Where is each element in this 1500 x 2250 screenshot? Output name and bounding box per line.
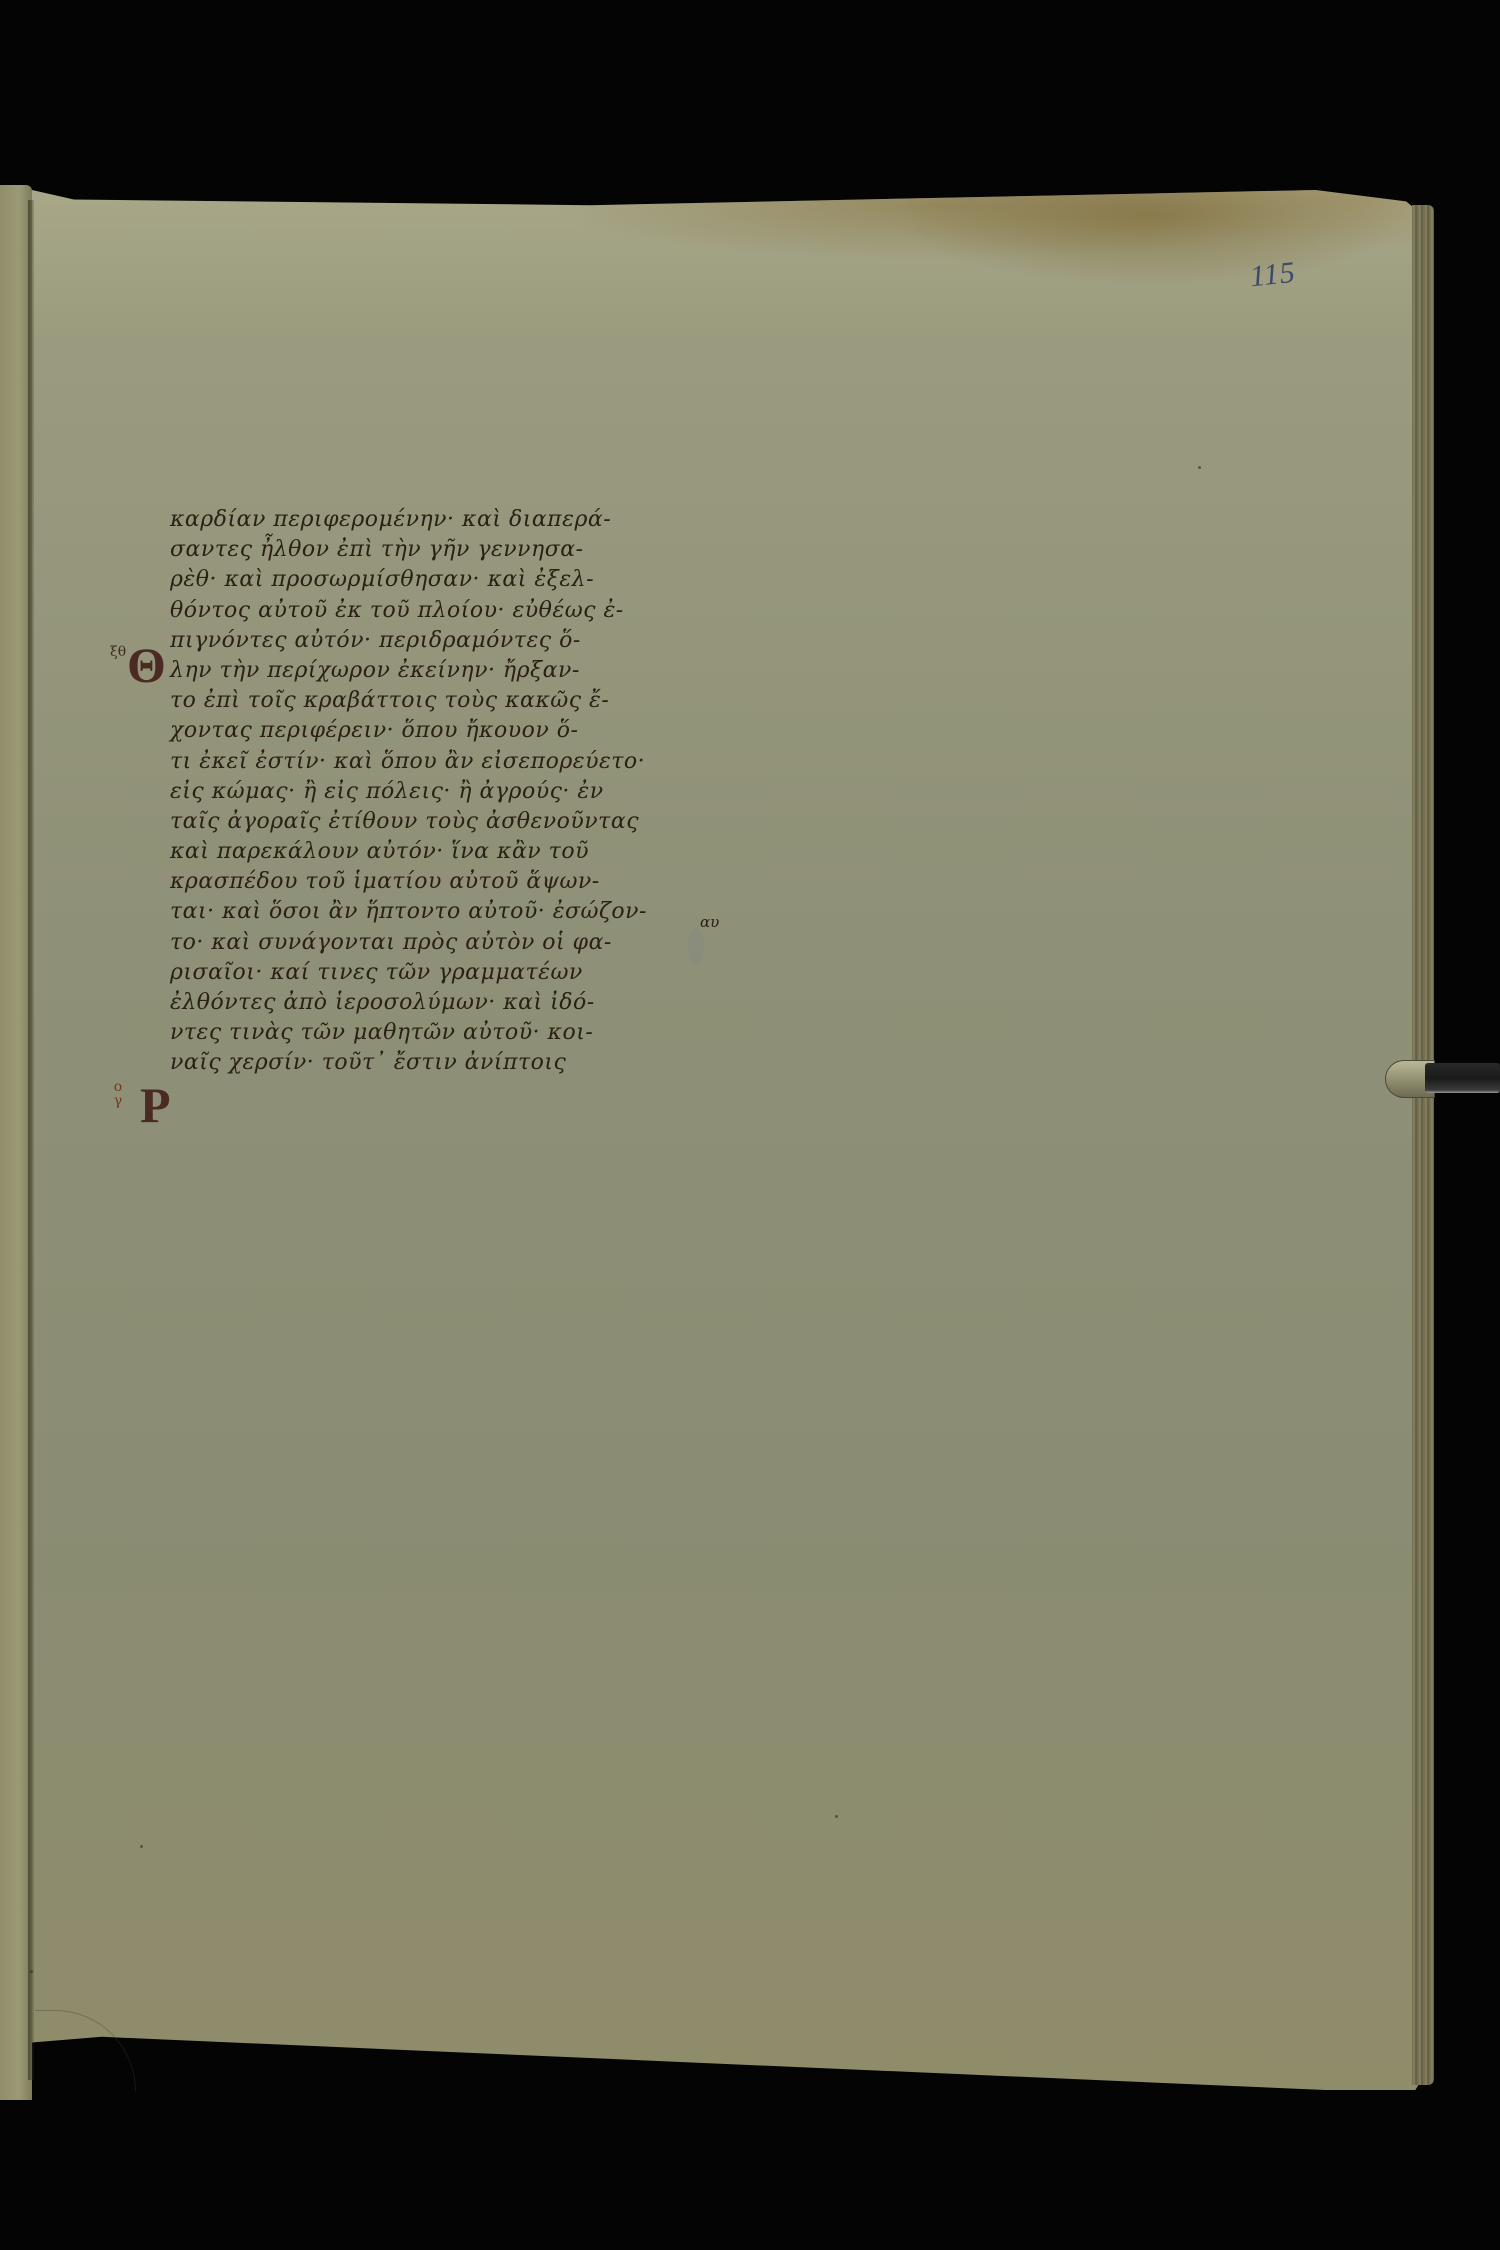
clip-metal-arm <box>1425 1063 1500 1093</box>
text-line: πιγνόντες αὐτόν· περιδραμόντες ὅ- <box>170 626 730 656</box>
text-line: σαντες ἦλθον ἐπὶ τὴν γῆν γεννησα- <box>170 535 730 565</box>
text-line: το· καὶ συνάγονται πρὸς αὐτὸν οἱ φα- <box>170 928 730 958</box>
page-edge-stack <box>1412 205 1434 2085</box>
binding-gutter <box>28 200 34 2080</box>
text-line: ται· καὶ ὅσοι ἂν ἥπτοντο αὐτοῦ· ἐσώζον- <box>170 897 730 927</box>
manuscript-folio <box>32 190 1427 2090</box>
decorated-initial-theta: Θ <box>127 636 166 694</box>
text-line: καὶ παρεκάλουν αὐτόν· ἵνα κἂν τοῦ <box>170 837 730 867</box>
text-line: το ἐπὶ τοῖς κραβάττοις τοὺς κακῶς ἔ- <box>170 686 730 716</box>
foxing-spot <box>835 1815 838 1818</box>
text-line: ρὲθ· καὶ προσωρμίσθησαν· καὶ ἐξελ- <box>170 565 730 595</box>
text-line: καρδίαν περιφερομένην· καὶ διαπερά- <box>170 505 730 535</box>
foxing-spot <box>30 1970 33 1973</box>
foxing-spot <box>1198 466 1201 469</box>
foxing-spot <box>140 1845 143 1848</box>
marginal-numeral-top: ο <box>112 1080 124 1094</box>
text-line: εἰς κώμας· ἢ εἰς πόλεις· ἢ ἀγρούς· ἐν <box>170 777 730 807</box>
text-line: ντες τινὰς τῶν μαθητῶν αὐτοῦ· κοι- <box>170 1018 730 1048</box>
page-holder-clip <box>1385 1058 1500 1098</box>
marginal-numeral-bottom: γ <box>112 1094 124 1108</box>
marginal-section-number-rubric: ο γ <box>112 1080 124 1108</box>
text-line: χοντας περιφέρειν· ὅπου ἤκουον ὅ- <box>170 716 730 746</box>
text-line: ρισαῖοι· καί τινες τῶν γραμματέων <box>170 958 730 988</box>
text-line: τι ἐκεῖ ἐστίν· καὶ ὅπου ἂν εἰσεπορεύετο· <box>170 747 730 777</box>
interlinear-correction: αυ <box>700 913 719 931</box>
text-line: ναῖς χερσίν· τοῦτ᾽ ἔστιν ἀνίπτοις <box>170 1048 730 1078</box>
manuscript-text-column: καρδίαν περιφερομένην· καὶ διαπερά- σαντ… <box>170 505 730 1079</box>
folio-number: 115 <box>1248 256 1297 295</box>
text-line: ἐλθόντες ἀπὸ ἱεροσολύμων· καὶ ἰδό- <box>170 988 730 1018</box>
text-line: λην τὴν περίχωρον ἐκείνην· ἤρξαν- <box>170 656 730 686</box>
text-line: θόντος αὐτοῦ ἐκ τοῦ πλοίου· εὐθέως ἐ- <box>170 596 730 626</box>
marginal-section-number: ξθ <box>110 645 126 659</box>
offset-ink-mark <box>688 928 704 966</box>
decorated-initial-rho: Ρ <box>140 1076 171 1134</box>
text-line: ταῖς ἀγοραῖς ἐτίθουν τοὺς ἀσθενοῦντας <box>170 807 730 837</box>
text-line: κρασπέδου τοῦ ἱματίου αὐτοῦ ἅψων- <box>170 867 730 897</box>
